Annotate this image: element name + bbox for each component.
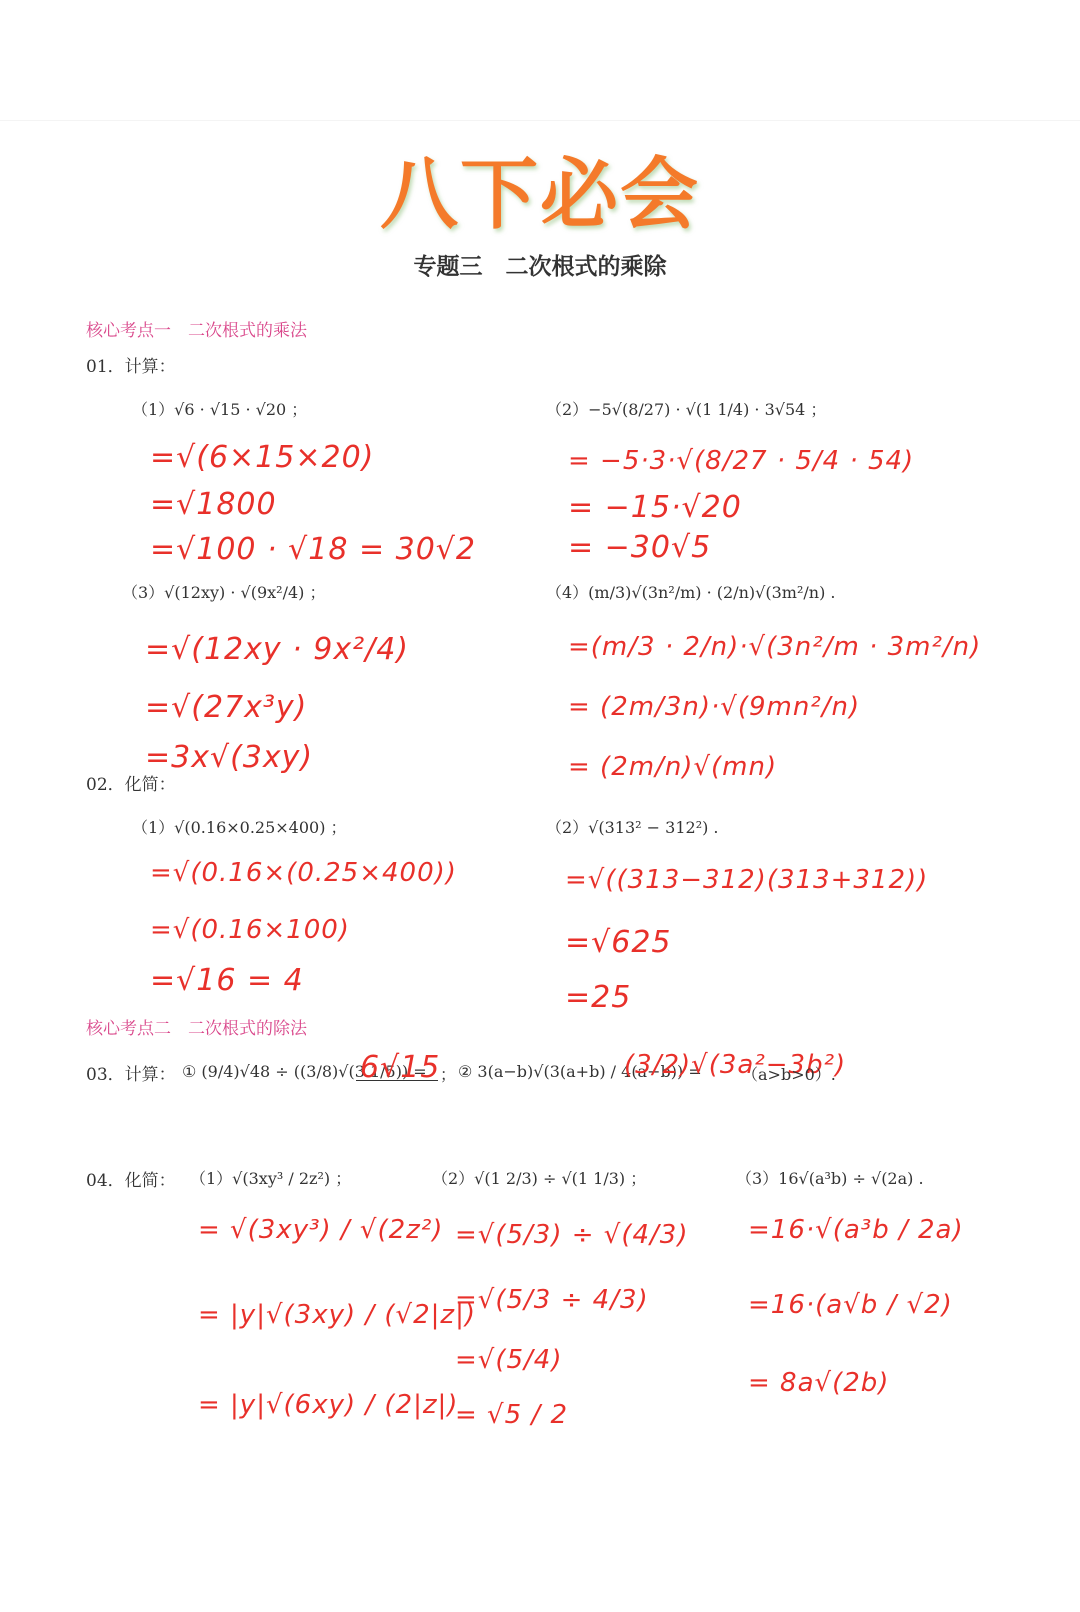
q04-p1-step2: = |y|√(3xy) / (√2|z|) bbox=[198, 1300, 476, 1330]
q04-p2-step4: = √5 / 2 bbox=[455, 1400, 568, 1430]
q04-p3-step1: =16·√(a³b / 2a) bbox=[748, 1215, 964, 1245]
question-02-label: 02．化简： bbox=[86, 770, 176, 795]
q04-p1-prompt: （1）√(3xy³ / 2z²) ； bbox=[190, 1166, 351, 1189]
q01-p2-step3: = −30√5 bbox=[568, 530, 711, 565]
q02-p2-step3: =25 bbox=[565, 980, 631, 1015]
question-04-label: 04．化简： bbox=[86, 1166, 176, 1191]
q02-p1-step1: =√(0.16×(0.25×400)) bbox=[150, 858, 457, 888]
question-01-label: 01．计算： bbox=[86, 352, 176, 377]
q04-p3-prompt: （3）16√(a³b) ÷ √(2a) . bbox=[736, 1166, 924, 1189]
q03-separator: ； bbox=[440, 1062, 456, 1085]
q01-p2-step1: = −5·3·√(8/27 · 5/4 · 54) bbox=[568, 446, 914, 476]
q02-p1-prompt: （1）√(0.16×0.25×400) ； bbox=[132, 815, 347, 838]
q01-p1-step3: =√100 · √18 = 30√2 bbox=[150, 532, 476, 567]
q01-p2-step2: = −15·√20 bbox=[568, 490, 742, 525]
q04-p2-step1: =√(5/3) ÷ √(4/3) bbox=[455, 1220, 689, 1250]
q03-condition: （a>b>0）. bbox=[742, 1062, 836, 1085]
q03-part1-answer: 6√15 bbox=[360, 1050, 440, 1085]
q01-p1-step2: =√1800 bbox=[150, 487, 277, 522]
q04-p2-prompt: （2）√(1 2/3) ÷ √(1 1/3) ； bbox=[432, 1166, 646, 1189]
page-subtitle: 专题三 二次根式的乘除 bbox=[0, 248, 1080, 281]
q01-p1-step1: =√(6×15×20) bbox=[150, 440, 374, 475]
q02-p2-step2: =√625 bbox=[565, 925, 672, 960]
header-rule bbox=[0, 120, 1080, 121]
q02-p2-step1: =√((313−312)(313+312)) bbox=[565, 865, 928, 895]
q04-p2-step2: =√(5/3 ÷ 4/3) bbox=[455, 1285, 649, 1315]
q01-p1-prompt: （1）√6 · √15 · √20 ； bbox=[132, 397, 307, 420]
q01-p4-step3: = (2m/n)√(mn) bbox=[568, 752, 777, 782]
q02-p1-step3: =√16 = 4 bbox=[150, 963, 304, 998]
q04-p2-step3: =√(5/4) bbox=[455, 1345, 562, 1375]
question-03-label: 03．计算： bbox=[86, 1060, 176, 1085]
section-heading-division: 核心考点二 二次根式的除法 bbox=[86, 1014, 307, 1039]
q04-p1-step3: = |y|√(6xy) / (2|z|) bbox=[198, 1390, 458, 1420]
q02-p2-prompt: （2）√(313² − 312²) . bbox=[546, 815, 719, 838]
q01-p3-step2: =√(27x³y) bbox=[145, 690, 307, 725]
q01-p4-prompt: （4）(m/3)√(3n²/m) · (2/n)√(3m²/n) . bbox=[546, 580, 835, 603]
q04-p3-step3: = 8a√(2b) bbox=[748, 1368, 889, 1398]
q04-p1-step1: = √(3xy³) / √(2z²) bbox=[198, 1215, 443, 1245]
q04-p3-step2: =16·(a√b / √2) bbox=[748, 1290, 953, 1320]
q01-p3-prompt: （3）√(12xy) · √(9x²/4) ； bbox=[122, 580, 326, 603]
section-heading-multiplication: 核心考点一 二次根式的乘法 bbox=[86, 316, 307, 341]
page-title: 八下必会 bbox=[0, 132, 1080, 244]
q02-p1-step2: =√(0.16×100) bbox=[150, 915, 350, 945]
q01-p4-step2: = (2m/3n)·√(9mn²/n) bbox=[568, 692, 860, 722]
q01-p2-prompt: （2）−5√(8/27) · √(1 1/4) · 3√54 ； bbox=[546, 397, 826, 420]
q01-p4-step1: =(m/3 · 2/n)·√(3n²/m · 3m²/n) bbox=[568, 632, 981, 662]
q01-p3-step1: =√(12xy · 9x²/4) bbox=[145, 632, 409, 667]
